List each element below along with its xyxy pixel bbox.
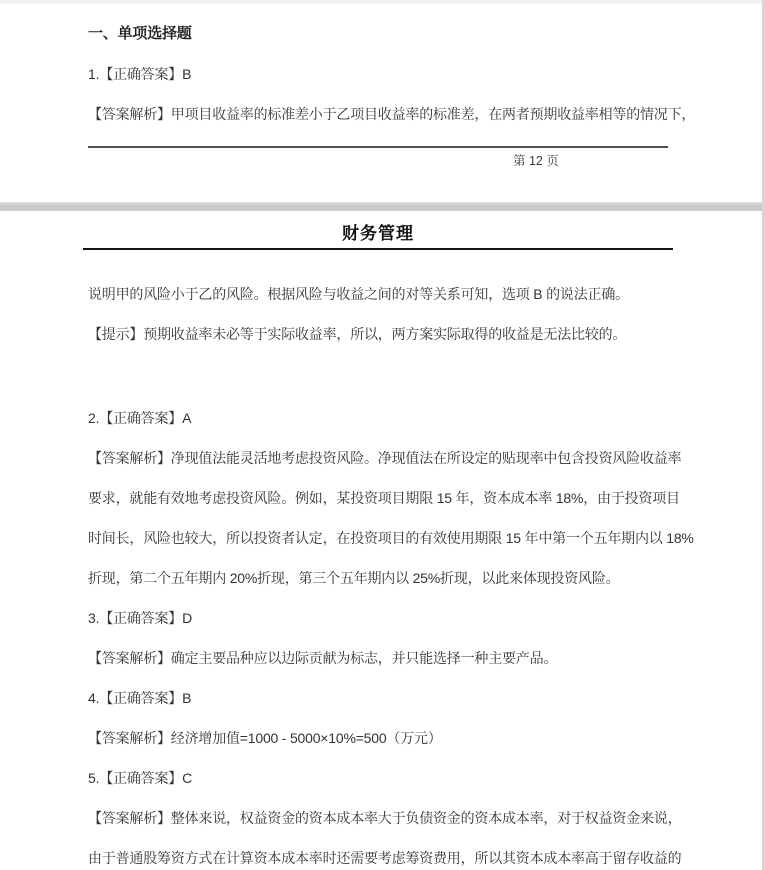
page-previous-body: 1.【正确答案】B【答案解析】甲项目收益率的标准差小于乙项目收益率的标准差，在两…: [88, 54, 680, 134]
page-previous-content: 一、单项选择题 1.【正确答案】B【答案解析】甲项目收益率的标准差小于乙项目收益…: [88, 14, 680, 171]
text-line: 说明甲的风险小于乙的风险。根据风险与收益之间的对等关系可知，选项 B 的说法正确…: [88, 274, 680, 314]
page-current-body: 说明甲的风险小于乙的风险。根据风险与收益之间的对等关系可知，选项 B 的说法正确…: [88, 274, 680, 870]
text-line: 【答案解析】确定主要品种应以边际贡献为标志，并只能选择一种主要产品。: [88, 638, 680, 678]
text-line: 2.【正确答案】A: [88, 398, 680, 438]
page-footer-rule: [88, 146, 668, 148]
text-line: 【答案解析】净现值法能灵活地考虑投资风险。净现值法在所设定的贴现率中包含投资风险…: [88, 438, 680, 478]
text-line: 由于普通股筹资方式在计算资本成本率时还需要考虑筹资费用，所以其资本成本率高于留存…: [88, 838, 680, 870]
text-line: 4.【正确答案】B: [88, 678, 680, 718]
header-rule: [83, 248, 673, 250]
text-line: 要求，就能有效地考虑投资风险。例如，某投资项目期限 15 年，资本成本率 18%…: [88, 478, 680, 518]
text-line: 折现，第二个五年期内 20%折现，第三个五年期内以 25%折现，以此来体现投资风…: [88, 558, 680, 598]
text-line: 时间长，风险也较大，所以投资者认定，在投资项目的有效使用期限 15 年中第一个五…: [88, 518, 680, 558]
page-current: 财务管理 说明甲的风险小于乙的风险。根据风险与收益之间的对等关系可知，选项 B …: [0, 211, 765, 861]
text-line: 1.【正确答案】B: [88, 54, 680, 94]
text-line: 【答案解析】整体来说，权益资金的资本成本率大于负债资金的资本成本率，对于权益资金…: [88, 798, 680, 838]
document-title: 财务管理: [83, 223, 673, 245]
page-previous: 一、单项选择题 1.【正确答案】B【答案解析】甲项目收益率的标准差小于乙项目收益…: [0, 4, 765, 202]
text-line: 5.【正确答案】C: [88, 758, 680, 798]
page-separator: [0, 202, 765, 211]
document-viewport[interactable]: 一、单项选择题 1.【正确答案】B【答案解析】甲项目收益率的标准差小于乙项目收益…: [0, 0, 765, 870]
text-line: 3.【正确答案】D: [88, 598, 680, 638]
text-line: 【提示】预期收益率未必等于实际收益率，所以，两方案实际取得的收益是无法比较的。: [88, 314, 680, 354]
page-number: 第 12 页: [88, 151, 680, 171]
text-line: 【答案解析】甲项目收益率的标准差小于乙项目收益率的标准差，在两者预期收益率相等的…: [88, 94, 680, 134]
text-line: 【答案解析】经济增加值=1000 - 5000×10%=500（万元）: [88, 718, 680, 758]
section-heading: 一、单项选择题: [88, 14, 680, 54]
